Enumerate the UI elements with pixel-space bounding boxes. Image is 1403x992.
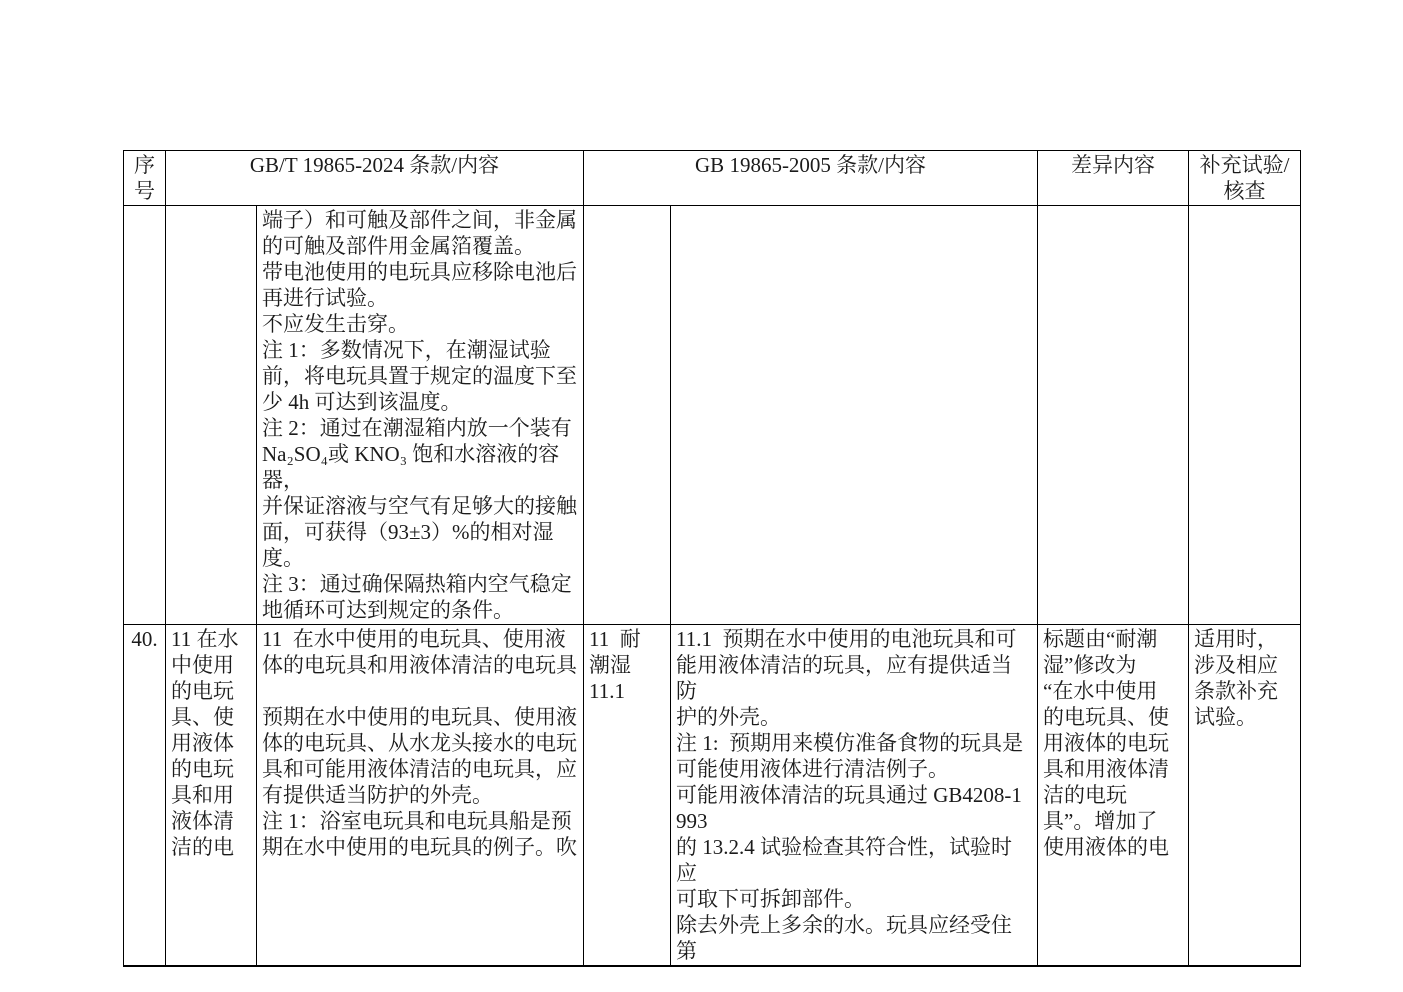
cell-supplementary: 适用时， 涉及相应 条款补充 试验。 — [1189, 625, 1301, 967]
document-page: 序 号 GB/T 19865-2024 条款/内容 GB 19865-2005 … — [0, 0, 1403, 992]
cell-seq-number — [124, 206, 166, 625]
cell-difference: 标题由“耐潮 湿”修改为 “在水中使用 的电玩具、使 用液体的电玩 具和用液体清… — [1038, 625, 1189, 967]
table-row-40: 40. 11 在水 中使用 的电玩 具、使 用液体 的电玩 具和用 液体清 洁的… — [124, 625, 1301, 967]
cell-2005-clause: 11 耐 潮湿 11.1 — [584, 625, 671, 967]
header-difference-content: 差异内容 — [1038, 151, 1189, 206]
cell-2024-clause — [166, 206, 257, 625]
header-supplementary-test: 补充试验/ 核查 — [1189, 151, 1301, 206]
cell-2005-clause — [584, 206, 671, 625]
cell-supplementary — [1189, 206, 1301, 625]
cell-seq-number: 40. — [124, 625, 166, 967]
header-gbt-19865-2024: GB/T 19865-2024 条款/内容 — [166, 151, 584, 206]
cell-2024-content: 11 在水中使用的电玩具、使用液 体的电玩具和用液体清洁的电玩具 预期在水中使用… — [257, 625, 584, 967]
cell-difference — [1038, 206, 1189, 625]
table-row-continuation: 端子）和可触及部件之间，非金属 的可触及部件用金属箔覆盖。 带电池使用的电玩具应… — [124, 206, 1301, 625]
header-gb-19865-2005: GB 19865-2005 条款/内容 — [584, 151, 1038, 206]
table-header-row: 序 号 GB/T 19865-2024 条款/内容 GB 19865-2005 … — [124, 151, 1301, 206]
cell-2005-content: 11.1 预期在水中使用的电池玩具和可 能用液体清洁的玩具，应有提供适当防 护的… — [671, 625, 1038, 967]
standards-comparison-table: 序 号 GB/T 19865-2024 条款/内容 GB 19865-2005 … — [123, 150, 1301, 967]
cell-2005-content — [671, 206, 1038, 625]
cell-2024-content: 端子）和可触及部件之间，非金属 的可触及部件用金属箔覆盖。 带电池使用的电玩具应… — [257, 206, 584, 625]
cell-2024-clause: 11 在水 中使用 的电玩 具、使 用液体 的电玩 具和用 液体清 洁的电 — [166, 625, 257, 967]
header-seq-number: 序 号 — [124, 151, 166, 206]
